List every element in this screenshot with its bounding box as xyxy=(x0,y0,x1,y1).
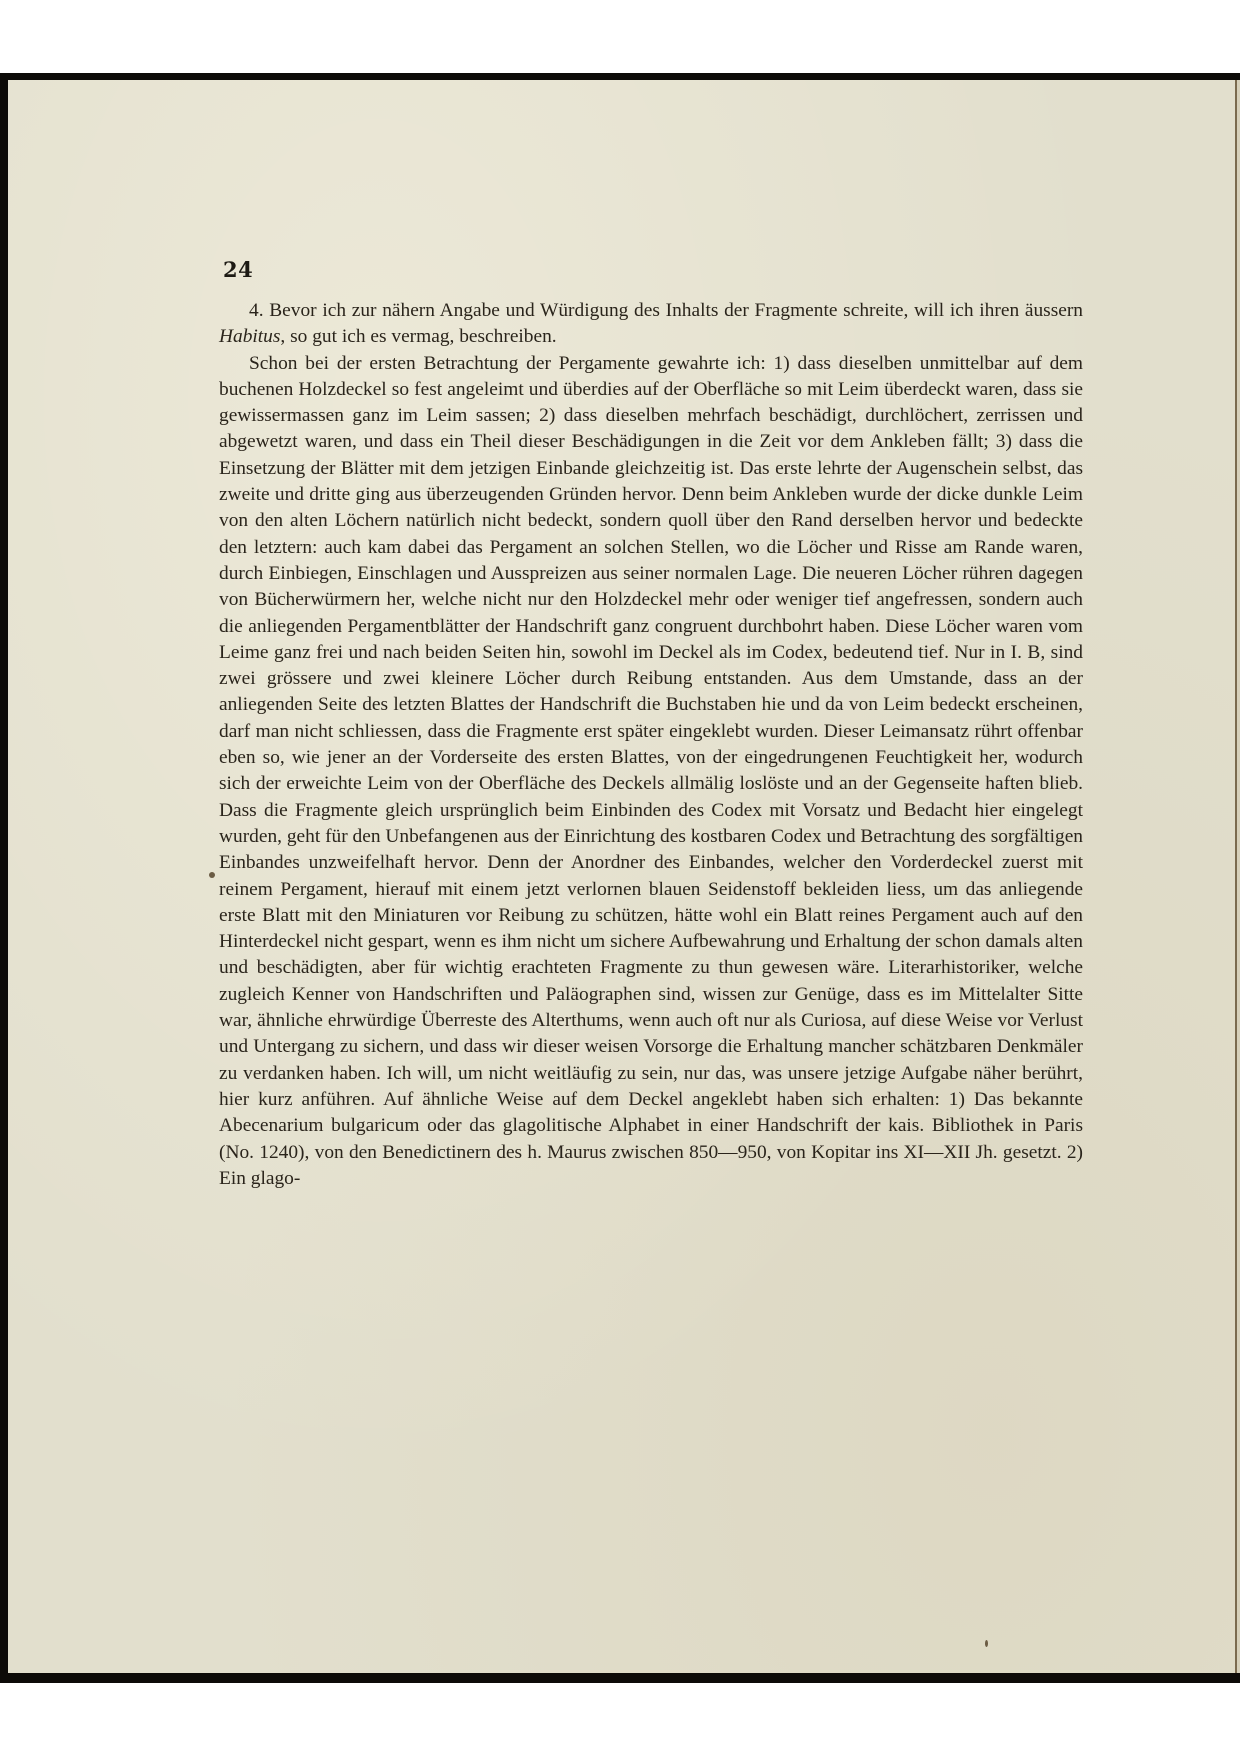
paper-speck xyxy=(209,872,215,878)
paragraph-1-text: 4. Bevor ich zur nähern Angabe und Würdi… xyxy=(249,300,1083,321)
body-text: 4. Bevor ich zur nähern Angabe und Würdi… xyxy=(219,298,1083,1192)
scan-frame: 24 4. Bevor ich zur nähern Angabe und Wü… xyxy=(0,73,1240,1683)
book-page: 24 4. Bevor ich zur nähern Angabe und Wü… xyxy=(8,80,1240,1673)
paper-speck xyxy=(985,1640,988,1647)
italic-term: Habitus xyxy=(219,326,280,347)
paragraph-1-text-end: , so gut ich es vermag, beschreiben. xyxy=(280,326,556,347)
paragraph-1: 4. Bevor ich zur nähern Angabe und Würdi… xyxy=(219,298,1083,351)
page-number: 24 xyxy=(223,257,253,282)
paragraph-2: Schon bei der ersten Betrachtung der Per… xyxy=(219,351,1083,1193)
